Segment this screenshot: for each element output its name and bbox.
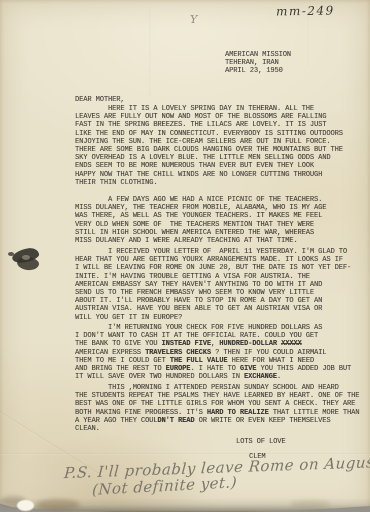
letter-paragraph: I RECEIVED YOUR LETTER OF APRIL 11 YESTE… <box>75 248 351 322</box>
letter-paragraph: HERE IT IS A LOVELY SPRING DAY IN TEHERA… <box>75 105 343 187</box>
salutation: DEAR MOTHER, <box>75 96 124 104</box>
file-number-annotation: mm-249 <box>276 3 335 18</box>
stain-smudge <box>36 499 80 510</box>
letter-page: mm-249 Y AMERICAN MISSION TEHERAN, IRAN … <box>0 0 370 512</box>
pencil-check-mark: Y <box>190 13 197 26</box>
torn-paper-notch <box>17 500 34 511</box>
letterhead: AMERICAN MISSION TEHERAN, IRAN APRIL 23,… <box>225 51 291 76</box>
ink-blot <box>8 247 44 279</box>
stain-smudge <box>290 500 330 508</box>
vertical-crease <box>149 0 151 96</box>
letter-paragraph: THIS ,MORNING I ATTENDED PERSIAN SUNDAY … <box>75 384 359 433</box>
valediction: LOTS OF LOVE <box>236 438 285 446</box>
letter-paragraph: I'M RETURNING YOUR CHECK FOR FIVE HUNDRE… <box>75 324 351 381</box>
letter-paragraph: A FEW DAYS AGO WE HAD A NICE PICNIC OF T… <box>75 196 326 245</box>
